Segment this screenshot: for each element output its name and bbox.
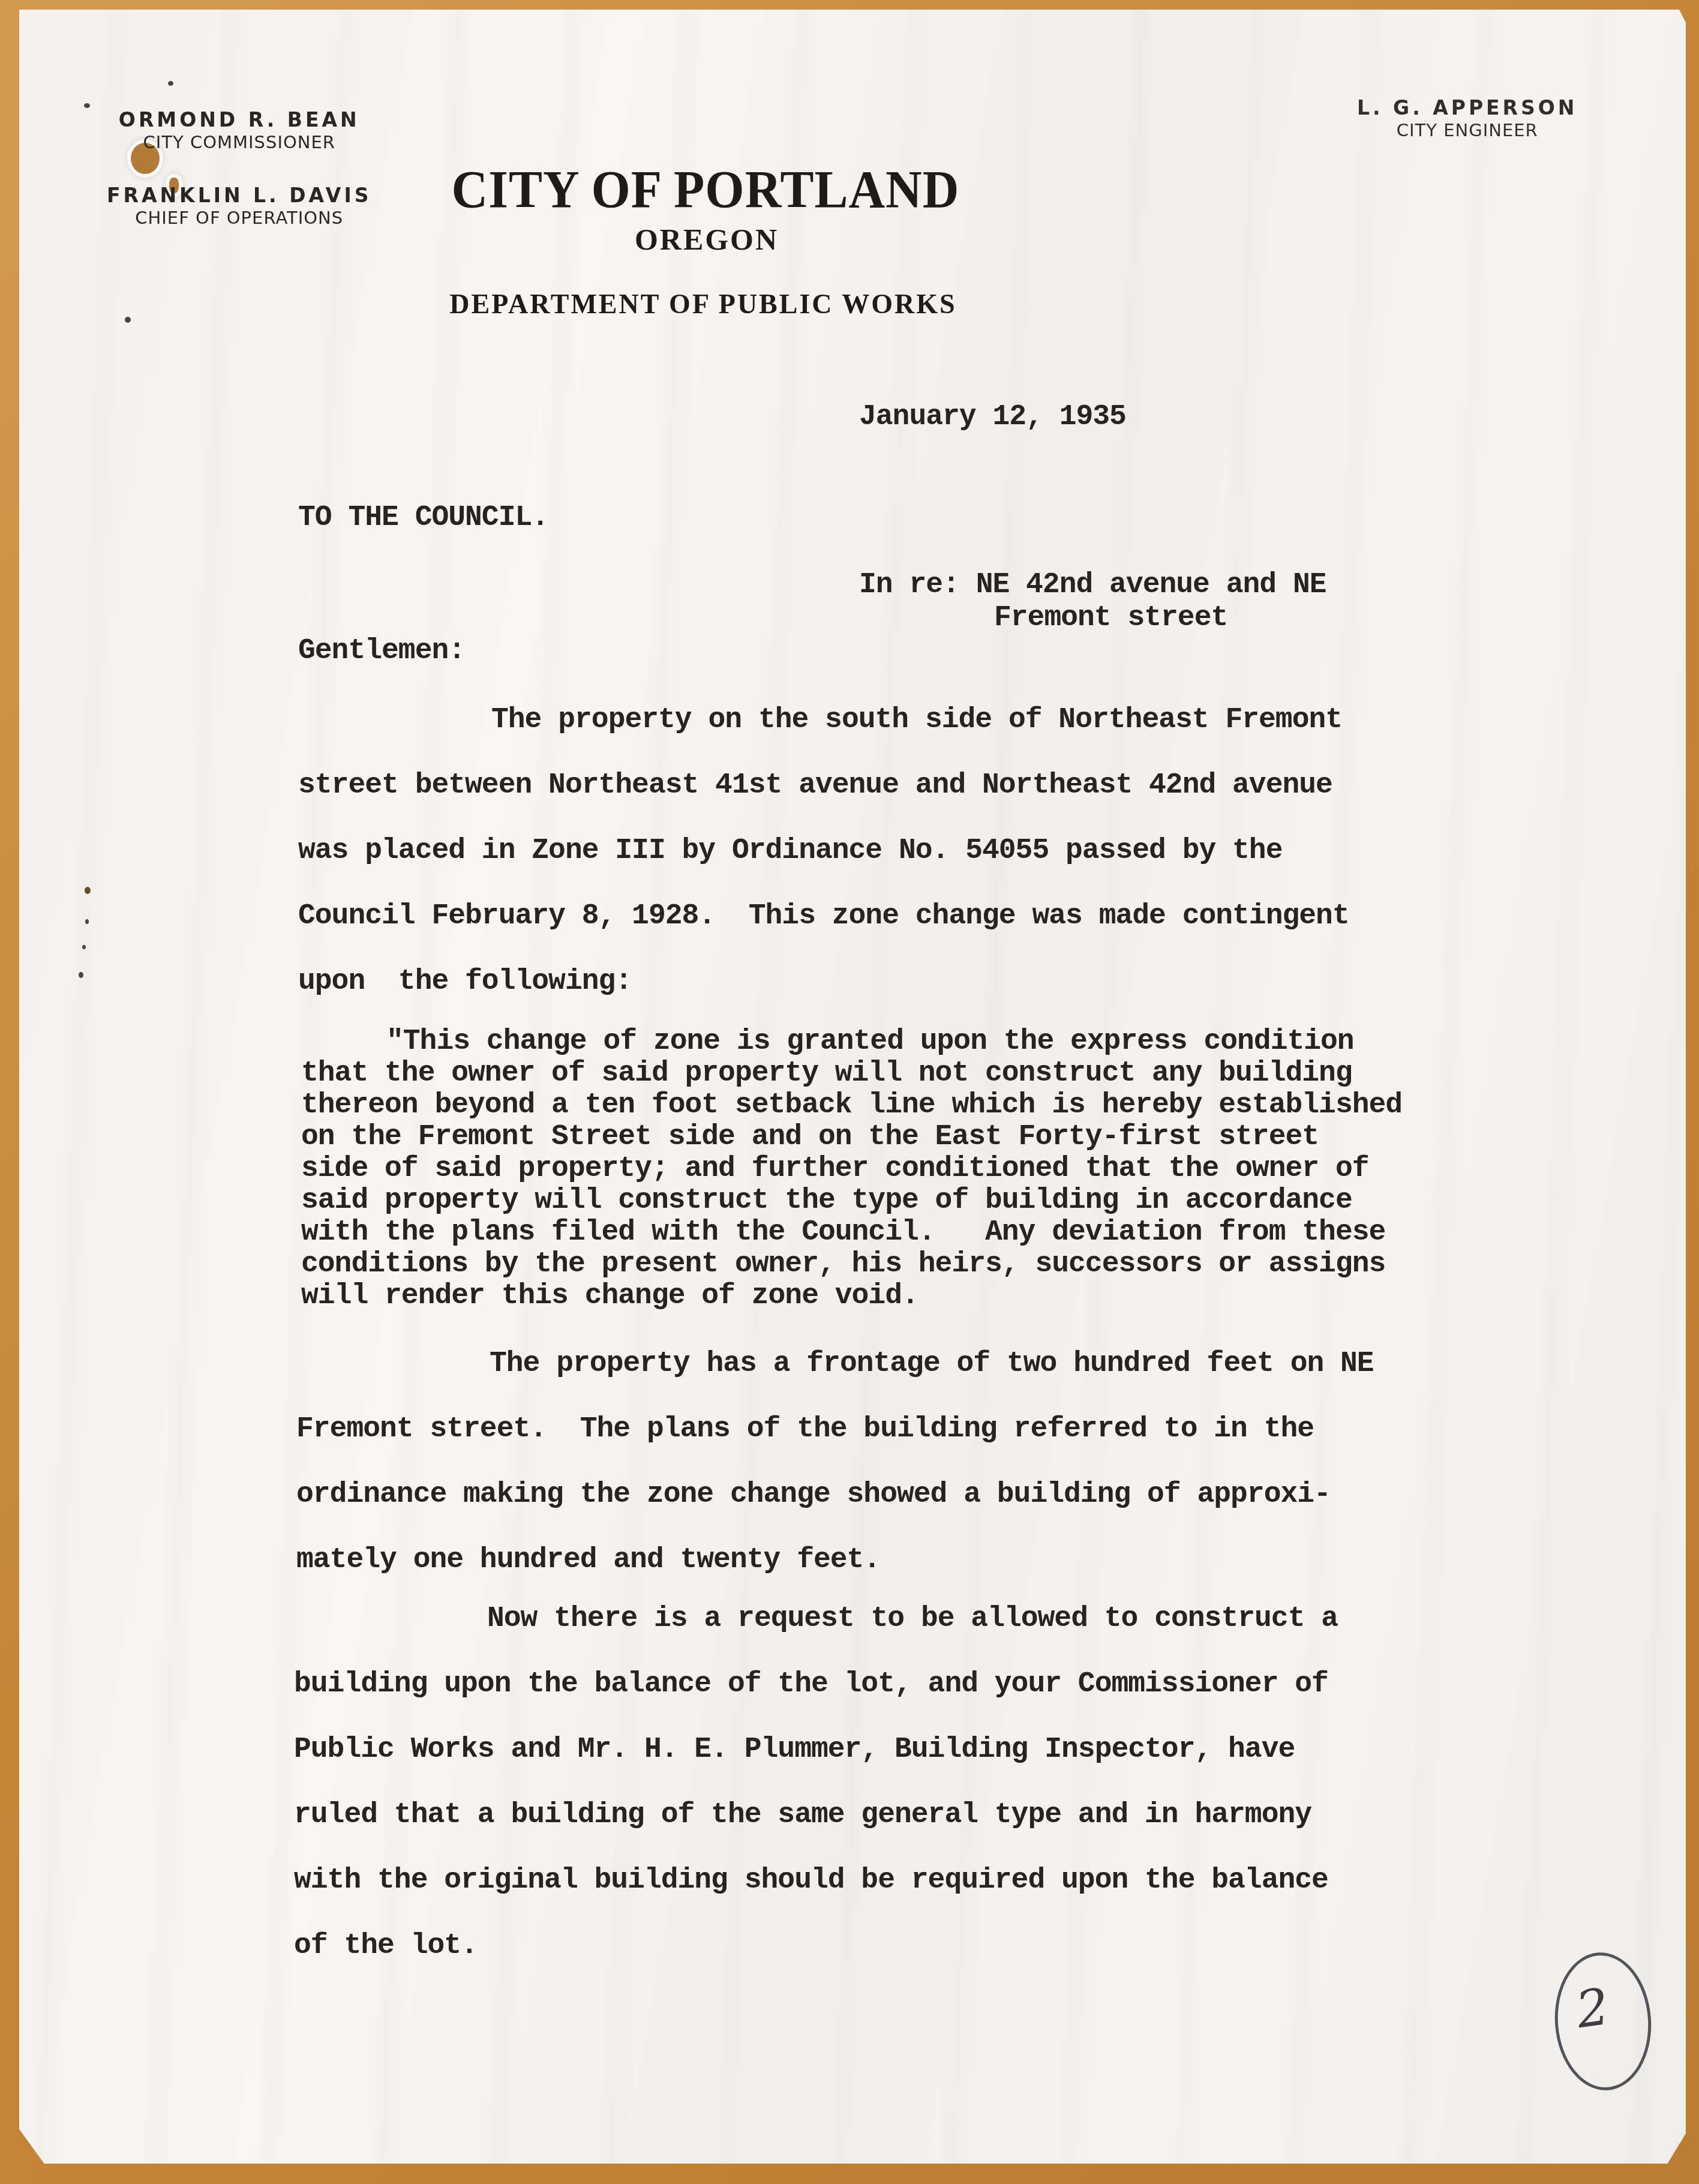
paragraph-1: The property on the south side of Northe… bbox=[298, 702, 1349, 1029]
text-line: conditions by the present owner, his hei… bbox=[301, 1249, 1402, 1280]
subject-line-1: In re: NE 42nd avenue and NE bbox=[859, 569, 1326, 601]
text-line: Public Works and Mr. H. E. Plummer, Buil… bbox=[294, 1732, 1338, 1797]
text-line: on the Fremont Street side and on the Ea… bbox=[301, 1121, 1402, 1153]
salutation: Gentlemen: bbox=[298, 635, 465, 667]
text-line: Now there is a request to be allowed to … bbox=[294, 1601, 1338, 1666]
text-line: ruled that a building of the same genera… bbox=[294, 1797, 1338, 1862]
state-title: OREGON bbox=[0, 222, 1556, 257]
text-line: with the plans filed with the Council. A… bbox=[301, 1217, 1402, 1249]
pin-hole bbox=[85, 919, 89, 924]
text-line: street between Northeast 41st avenue and… bbox=[298, 767, 1349, 833]
text-line: with the original building should be req… bbox=[294, 1862, 1338, 1928]
city-title: CITY OF PORTLAND bbox=[0, 160, 1555, 221]
pin-hole bbox=[84, 103, 90, 108]
text-line: The property has a frontage of two hundr… bbox=[296, 1346, 1374, 1411]
department-title: DEPARTMENT OF PUBLIC WORKS bbox=[0, 288, 1553, 320]
text-line: Council February 8, 1928. This zone chan… bbox=[298, 898, 1349, 964]
text-line: will render this change of zone void. bbox=[301, 1280, 1402, 1312]
text-line: was placed in Zone III by Ordinance No. … bbox=[298, 833, 1349, 898]
paragraph-3: The property has a frontage of two hundr… bbox=[296, 1346, 1374, 1607]
addressee: TO THE COUNCIL. bbox=[298, 502, 548, 534]
pin-hole bbox=[82, 945, 86, 949]
text-line: ordinance making the zone change showed … bbox=[296, 1477, 1374, 1542]
text-line: said property will construct the type of… bbox=[301, 1185, 1402, 1217]
pin-hole bbox=[168, 81, 173, 86]
commissioner-title: CITY COMMISSIONER bbox=[107, 132, 371, 152]
text-line: mately one hundred and twenty feet. bbox=[296, 1542, 1374, 1607]
text-line: that the owner of said property will not… bbox=[301, 1058, 1402, 1090]
text-line: upon the following: bbox=[298, 964, 1349, 1029]
text-line: Fremont street. The plans of the buildin… bbox=[296, 1411, 1374, 1477]
letter-date: January 12, 1935 bbox=[859, 401, 1126, 433]
engineer-name: L. G. APPERSON bbox=[1357, 96, 1577, 120]
text-line: The property on the south side of Northe… bbox=[298, 702, 1349, 767]
text-line: of the lot. bbox=[294, 1928, 1338, 1993]
text-line: side of said property; and further condi… bbox=[301, 1153, 1402, 1185]
letterhead-right: L. G. APPERSON CITY ENGINEER bbox=[1357, 96, 1577, 140]
text-line: thereon beyond a ten foot setback line w… bbox=[301, 1090, 1402, 1121]
pin-hole bbox=[85, 887, 91, 894]
subject-line-2: Fremont street bbox=[994, 602, 1227, 634]
text-line: building upon the balance of the lot, an… bbox=[294, 1666, 1338, 1732]
pin-hole bbox=[79, 972, 83, 978]
paragraph-4: Now there is a request to be allowed to … bbox=[294, 1601, 1338, 1993]
ordinance-quotation: "This change of zone is granted upon the… bbox=[301, 1026, 1402, 1312]
commissioner-name: ORMOND R. BEAN bbox=[107, 108, 371, 132]
text-line: "This change of zone is granted upon the… bbox=[301, 1026, 1402, 1058]
engineer-title: CITY ENGINEER bbox=[1357, 120, 1577, 140]
